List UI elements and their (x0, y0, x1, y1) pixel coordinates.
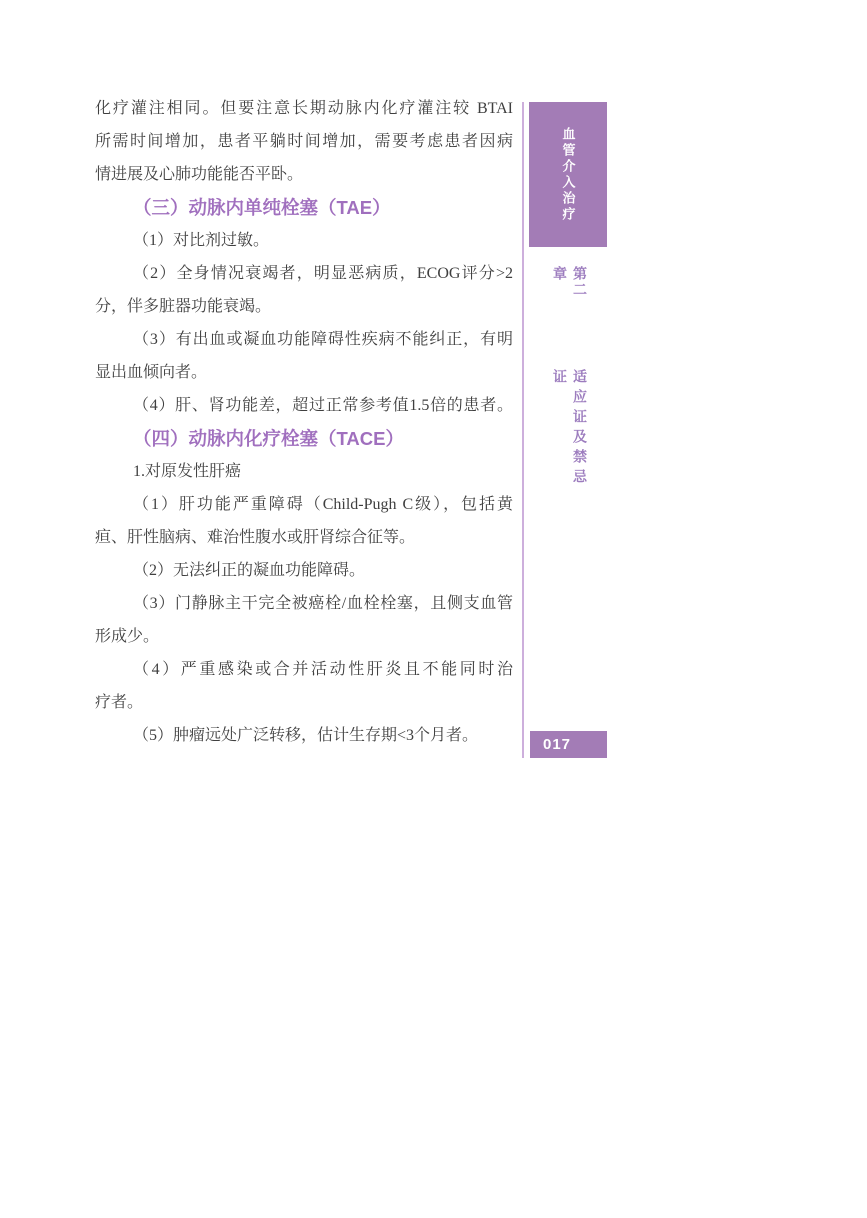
text-line: 所需时间增加，患者平躺时间增加，需要考虑患者因病 (95, 125, 513, 158)
text-line: （2）全身情况衰竭者，明显恶病质，ECOG评分>2 (95, 257, 513, 290)
chapter-tab: 血管介入治疗 (529, 102, 607, 247)
chapter-sidebar-text: 第二章 适应证及禁忌证 (529, 266, 607, 496)
text-line: 分，伴多脏器功能衰竭。 (95, 290, 513, 323)
text-line: 化疗灌注相同。但要注意长期动脉内化疗灌注较 BTAI (95, 92, 513, 125)
page-number: 017 (543, 736, 571, 753)
text-line: （5）肿瘤远处广泛转移，估计生存期<3个月者。 (95, 719, 513, 752)
text-line: （4）严重感染或合并活动性肝炎且不能同时治 (95, 653, 513, 686)
chapter-title: 适应证及禁忌证 (548, 369, 588, 496)
page-number-badge: 017 (530, 731, 607, 758)
section-heading-tae: （三）动脉内单纯栓塞（TAE） (95, 191, 513, 224)
chapter-number: 第二章 (548, 266, 588, 310)
text-line: （1）对比剂过敏。 (95, 224, 513, 257)
text-line: （2）无法纠正的凝血功能障碍。 (95, 554, 513, 587)
text-line: （3）门静脉主干完全被癌栓/血栓栓塞，且侧支血管 (95, 587, 513, 620)
text-line: （3）有出血或凝血功能障碍性疾病不能纠正，有明 (95, 323, 513, 356)
text-line: 疸、肝性脑病、难治性腹水或肝肾综合征等。 (95, 521, 513, 554)
text-line: （1）肝功能严重障碍（Child-Pugh C级），包括黄 (95, 488, 513, 521)
main-text-column: 化疗灌注相同。但要注意长期动脉内化疗灌注较 BTAI 所需时间增加，患者平躺时间… (95, 92, 513, 752)
section-heading-tace: （四）动脉内化疗栓塞（TACE） (95, 422, 513, 455)
text-line: 情进展及心肺功能能否平卧。 (95, 158, 513, 191)
chapter-tab-label: 血管介入治疗 (559, 127, 578, 223)
book-page: 化疗灌注相同。但要注意长期动脉内化疗灌注较 BTAI 所需时间增加，患者平躺时间… (0, 0, 867, 1218)
text-line: 1.对原发性肝癌 (95, 455, 513, 488)
text-line: （4）肝、肾功能差，超过正常参考值1.5倍的患者。 (95, 389, 513, 422)
sidebar-divider (522, 102, 524, 758)
text-line: 显出血倾向者。 (95, 356, 513, 389)
text-line: 形成少。 (95, 620, 513, 653)
text-line: 疗者。 (95, 686, 513, 719)
